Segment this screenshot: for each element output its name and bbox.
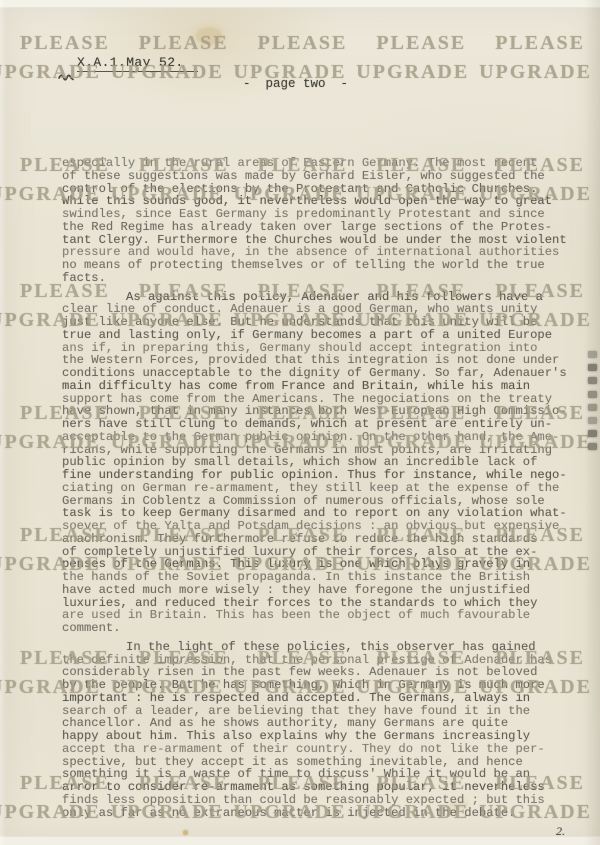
text-line: acceptable to the German public opinion.… — [62, 431, 570, 444]
text-line: by the people. But he has something, whi… — [62, 679, 570, 692]
scanned-document-page: PLEASEPLEASEPLEASEPLEASEPLEASEUPGRADEUPG… — [0, 0, 600, 845]
watermark-word: PLEASE — [258, 33, 348, 53]
paragraph: especially in the rural areas of Eastern… — [62, 157, 570, 285]
binding-mark — [588, 443, 597, 450]
binding-mark — [588, 377, 597, 384]
text-line: anachronism. They furthermore refuse to … — [62, 533, 570, 546]
scan-edge-bottom — [0, 836, 600, 845]
paragraph: In the light of these policies, this obs… — [62, 641, 570, 820]
text-line: the hands of the Soviet propaganda. In t… — [62, 571, 570, 584]
binding-mark — [588, 364, 597, 371]
binding-mark — [588, 404, 597, 411]
scan-edge-top — [0, 0, 600, 8]
text-line: soever of the Yalta and Potsdam decision… — [62, 520, 570, 533]
watermark-word: UPGRADE — [356, 62, 469, 82]
binding-mark — [588, 430, 597, 437]
watermark-word: UPGRADE — [479, 62, 592, 82]
stain — [196, 28, 222, 44]
text-line: main difficulty has come from France and… — [62, 380, 570, 393]
stain — [183, 830, 188, 835]
text-line: swindles, since East Germany is predomin… — [62, 208, 570, 221]
text-line: conditions unacceptable to the dignity o… — [62, 367, 570, 380]
text-line: happy about him. This also explains why … — [62, 730, 570, 743]
text-line: accept tha re-armament of their country.… — [62, 743, 570, 756]
text-line: just like anyone else. But he understand… — [62, 316, 570, 329]
text-line: the Red Regime has already taken over la… — [62, 221, 570, 234]
binding-mark — [588, 391, 597, 398]
text-line: In the light of these policies, this obs… — [62, 641, 570, 654]
text-line: ciating on German re-armament, they stil… — [62, 482, 570, 495]
text-line: comment. — [62, 622, 570, 635]
watermark-word: PLEASE — [376, 33, 466, 53]
paragraph: As against this policy, Adenauer and his… — [62, 291, 570, 635]
text-line: no means of protecting themselves or of … — [62, 259, 570, 272]
text-line: facts. — [62, 272, 570, 285]
binding-mark — [588, 351, 597, 358]
text-line: especially in the rural areas of Eastern… — [62, 157, 570, 170]
text-line: of these suggestions was made by Gerhard… — [62, 170, 570, 183]
ink-mark — [57, 70, 75, 82]
watermark-word: PLEASE — [495, 33, 585, 53]
text-line: fine understanding for public opinion. T… — [62, 469, 570, 482]
text-line: arror to consider re-armament as somethi… — [62, 781, 570, 794]
page-number: 2. — [556, 824, 565, 839]
text-line: ners have still clung to demands, which … — [62, 418, 570, 431]
watermark-word: PLEASE — [20, 33, 110, 53]
binding-mark — [588, 417, 597, 424]
text-line: only as far as no extraneous matter is i… — [62, 807, 570, 820]
document-body: especially in the rural areas of Eastern… — [62, 157, 570, 819]
text-line: true and lasting only, if Germany become… — [62, 329, 570, 342]
watermark-row: PLEASEPLEASEPLEASEPLEASEPLEASE — [20, 33, 585, 53]
text-line: are used in Britain. This has been the o… — [62, 609, 570, 622]
text-line: important : he is respected and accepted… — [62, 692, 570, 705]
text-line: finds less opposition than could be reas… — [62, 794, 570, 807]
text-line: have acted much more wisely : they have … — [62, 584, 570, 597]
paper-edge-highlight-left — [0, 0, 6, 845]
page-heading: - page two - — [243, 77, 348, 91]
document-reference: X.A.1.May 52. — [77, 55, 198, 72]
